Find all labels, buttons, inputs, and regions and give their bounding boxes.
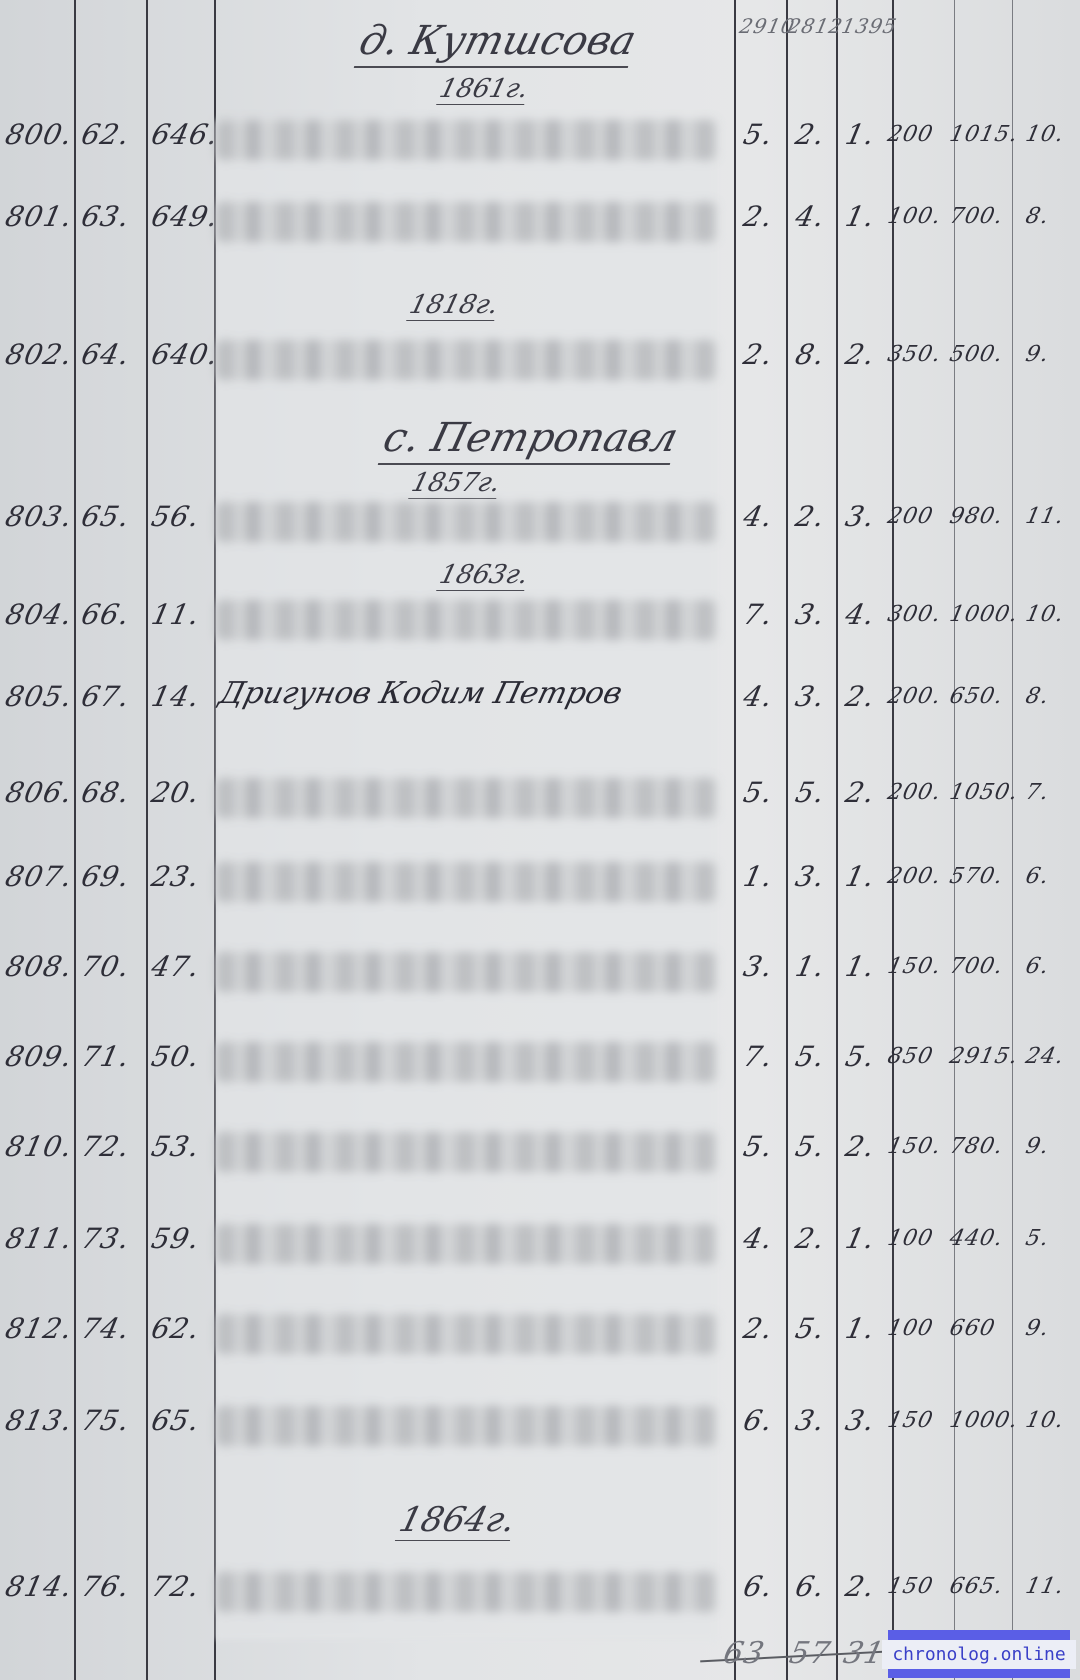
cell-c7: 150. (885, 1134, 943, 1159)
cell-c4: 3. (740, 950, 776, 983)
total-c6: 31 (840, 1636, 888, 1671)
cell-c9: 9. (1023, 342, 1051, 367)
cell-c4: 5. (740, 776, 776, 809)
cell-c4: 6. (740, 1404, 776, 1437)
place-heading: с. Петропавл (378, 415, 683, 465)
year-heading: 1861г. (436, 74, 531, 105)
cell-c3: 62. (148, 1312, 203, 1345)
cell-c3: 72. (148, 1570, 203, 1603)
cell-c9: 6. (1023, 954, 1051, 979)
cell-no: 808. (2, 950, 75, 983)
cell-c3: 11. (148, 598, 203, 631)
cell-c5: 5. (792, 1312, 828, 1345)
cell-c4: 4. (740, 680, 776, 713)
cell-c6: 2. (842, 776, 878, 809)
cell-c3: 23. (148, 860, 203, 893)
cell-c8: 570. (947, 864, 1005, 889)
watermark-badge: chronolog.online (888, 1630, 1070, 1678)
cell-c5: 2. (792, 1222, 828, 1255)
cell-c7: 200 (885, 504, 935, 529)
redacted-name (216, 1042, 716, 1082)
cell-no: 811. (2, 1222, 75, 1255)
cell-c6: 5. (842, 1040, 878, 1073)
column-header-c5: 2812 (785, 14, 845, 38)
redacted-name (216, 202, 716, 242)
column-rule (786, 0, 788, 1680)
cell-c7: 200. (885, 684, 943, 709)
redacted-name (216, 340, 716, 380)
cell-c8: 1000. (947, 602, 1020, 627)
cell-c4: 6. (740, 1570, 776, 1603)
cell-no: 803. (2, 500, 75, 533)
person-name: Дригунов Кодим Петров (216, 676, 626, 711)
cell-c7: 200 (885, 122, 935, 147)
cell-c5: 4. (792, 200, 828, 233)
cell-c9: 6. (1023, 864, 1051, 889)
redacted-name (216, 862, 716, 902)
cell-c8: 665. (947, 1574, 1005, 1599)
redacted-name (216, 1314, 716, 1354)
cell-c9: 8. (1023, 204, 1051, 229)
column-header-c6: 1395 (839, 14, 899, 38)
cell-c2: 69. (78, 860, 133, 893)
cell-c5: 8. (792, 338, 828, 371)
cell-c8: 440. (947, 1226, 1005, 1251)
cell-c8: 1000. (947, 1408, 1020, 1433)
cell-c7: 850 (885, 1044, 935, 1069)
redacted-name (216, 1224, 716, 1264)
cell-c3: 47. (148, 950, 203, 983)
year-heading: 1863г. (436, 560, 531, 591)
watermark-text: chronolog.online (882, 1640, 1075, 1669)
cell-c8: 1050. (947, 780, 1020, 805)
cell-c6: 1. (842, 200, 878, 233)
cell-c9: 11. (1023, 1574, 1066, 1599)
cell-c6: 3. (842, 1404, 878, 1437)
cell-c9: 9. (1023, 1134, 1051, 1159)
year-heading: 1818г. (406, 290, 501, 321)
cell-c9: 11. (1023, 504, 1066, 529)
cell-c9: 10. (1023, 602, 1066, 627)
cell-c7: 150. (885, 954, 943, 979)
redacted-name (216, 1406, 716, 1446)
cell-c9: 10. (1023, 1408, 1066, 1433)
cell-c5: 3. (792, 1404, 828, 1437)
cell-c3: 53. (148, 1130, 203, 1163)
column-rule (146, 0, 148, 1680)
cell-c3: 59. (148, 1222, 203, 1255)
cell-c5: 1. (792, 950, 828, 983)
cell-c6: 4. (842, 598, 878, 631)
cell-c8: 500. (947, 342, 1005, 367)
cell-no: 813. (2, 1404, 75, 1437)
cell-c7: 350. (885, 342, 943, 367)
cell-c2: 62. (78, 118, 133, 151)
cell-c7: 100. (885, 204, 943, 229)
cell-no: 802. (2, 338, 75, 371)
cell-c6: 1. (842, 950, 878, 983)
cell-c7: 150 (885, 1574, 935, 1599)
cell-c3: 649. (148, 200, 221, 233)
cell-c6: 3. (842, 500, 878, 533)
cell-no: 806. (2, 776, 75, 809)
cell-c7: 100 (885, 1226, 935, 1251)
cell-c4: 5. (740, 1130, 776, 1163)
cell-c8: 650. (947, 684, 1005, 709)
cell-c3: 14. (148, 680, 203, 713)
place-heading: д. Кутшсова (354, 18, 641, 68)
cell-c8: 660 (947, 1316, 997, 1341)
cell-c5: 3. (792, 860, 828, 893)
cell-c4: 2. (740, 338, 776, 371)
cell-c2: 72. (78, 1130, 133, 1163)
cell-c2: 76. (78, 1570, 133, 1603)
cell-c4: 5. (740, 118, 776, 151)
cell-c8: 1015. (947, 122, 1020, 147)
cell-c6: 1. (842, 1222, 878, 1255)
cell-c6: 1. (842, 1312, 878, 1345)
cell-c5: 6. (792, 1570, 828, 1603)
redacted-name (216, 952, 716, 992)
cell-c5: 2. (792, 118, 828, 151)
cell-c8: 2915. (947, 1044, 1020, 1069)
cell-c2: 63. (78, 200, 133, 233)
cell-c2: 65. (78, 500, 133, 533)
cell-no: 807. (2, 860, 75, 893)
cell-c7: 100 (885, 1316, 935, 1341)
column-rule (836, 0, 838, 1680)
cell-c8: 700. (947, 954, 1005, 979)
cell-no: 801. (2, 200, 75, 233)
cell-c9: 7. (1023, 780, 1051, 805)
cell-c2: 73. (78, 1222, 133, 1255)
redacted-name (216, 1572, 716, 1612)
cell-c7: 200. (885, 864, 943, 889)
cell-c9: 5. (1023, 1226, 1051, 1251)
cell-c6: 1. (842, 118, 878, 151)
cell-c8: 780. (947, 1134, 1005, 1159)
redacted-name (216, 600, 716, 640)
cell-c7: 150 (885, 1408, 935, 1433)
cell-c9: 9. (1023, 1316, 1051, 1341)
cell-no: 804. (2, 598, 75, 631)
cell-c4: 4. (740, 1222, 776, 1255)
cell-c2: 66. (78, 598, 133, 631)
cell-c4: 1. (740, 860, 776, 893)
cell-c2: 70. (78, 950, 133, 983)
year-heading: 1857г. (408, 468, 503, 499)
cell-c5: 5. (792, 1040, 828, 1073)
cell-c6: 2. (842, 680, 878, 713)
cell-c7: 200. (885, 780, 943, 805)
cell-no: 805. (2, 680, 75, 713)
cell-c3: 640. (148, 338, 221, 371)
cell-c5: 5. (792, 776, 828, 809)
cell-c6: 2. (842, 1130, 878, 1163)
cell-c2: 64. (78, 338, 133, 371)
cell-c6: 2. (842, 338, 878, 371)
cell-c9: 24. (1023, 1044, 1066, 1069)
cell-c5: 5. (792, 1130, 828, 1163)
cell-c3: 65. (148, 1404, 203, 1437)
cell-c3: 20. (148, 776, 203, 809)
cell-c5: 3. (792, 680, 828, 713)
cell-no: 800. (2, 118, 75, 151)
cell-c9: 8. (1023, 684, 1051, 709)
cell-no: 812. (2, 1312, 75, 1345)
cell-c5: 2. (792, 500, 828, 533)
cell-no: 810. (2, 1130, 75, 1163)
cell-c8: 980. (947, 504, 1005, 529)
cell-c4: 2. (740, 200, 776, 233)
ledger-page: 2910 2812 1395 д. Кутшсова 1861г. 1818г.… (0, 0, 1080, 1680)
cell-c4: 4. (740, 500, 776, 533)
redacted-name (216, 1132, 716, 1172)
total-c4: 63 (720, 1636, 768, 1671)
cell-c2: 67. (78, 680, 133, 713)
cell-c6: 1. (842, 860, 878, 893)
cell-c6: 2. (842, 1570, 878, 1603)
column-rule (74, 0, 76, 1680)
cell-c3: 56. (148, 500, 203, 533)
redacted-name (216, 502, 716, 542)
cell-c2: 68. (78, 776, 133, 809)
cell-c7: 300. (885, 602, 943, 627)
cell-c3: 50. (148, 1040, 203, 1073)
cell-c4: 7. (740, 598, 776, 631)
cell-c4: 2. (740, 1312, 776, 1345)
cell-c2: 75. (78, 1404, 133, 1437)
cell-c2: 74. (78, 1312, 133, 1345)
year-heading: 1864г. (395, 1500, 520, 1541)
cell-c3: 646. (148, 118, 221, 151)
cell-c2: 71. (78, 1040, 133, 1073)
cell-no: 814. (2, 1570, 75, 1603)
cell-c5: 3. (792, 598, 828, 631)
total-c5: 57 (786, 1636, 834, 1671)
column-rule (734, 0, 736, 1680)
redacted-name (216, 120, 716, 160)
cell-c9: 10. (1023, 122, 1066, 147)
cell-c8: 700. (947, 204, 1005, 229)
cell-c4: 7. (740, 1040, 776, 1073)
redacted-name (216, 778, 716, 818)
cell-no: 809. (2, 1040, 75, 1073)
